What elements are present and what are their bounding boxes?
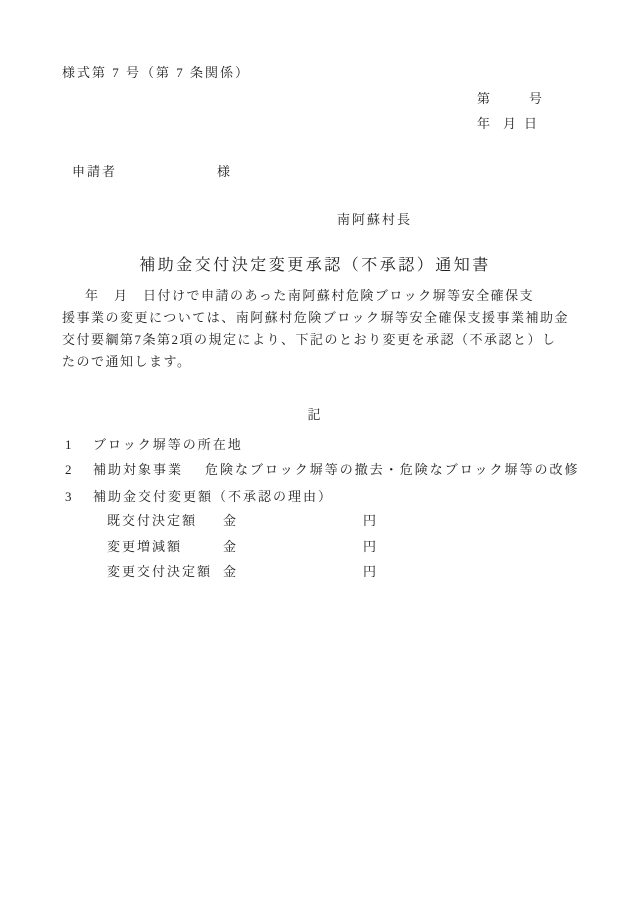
list-item-1: 1ブロック塀等の所在地	[65, 434, 243, 453]
amount-unit-label: 円	[363, 510, 378, 529]
amount-row-change-delta: 変更増減額 金 円	[107, 536, 427, 555]
document-page: 様式第 7 号（第 7 条関係） 第号 年月日 申請者 様 南阿蘇村長 補助金交…	[0, 0, 630, 903]
date-month-label: 月	[503, 116, 518, 131]
list-item-2: 2補助対象事業 危険なブロック塀等の撤去・危険なブロック塀等の改修	[65, 459, 183, 478]
date-line: 年月日	[477, 113, 539, 132]
amount-unit-label: 円	[363, 536, 378, 555]
amount-row-revised-grant: 変更交付決定額 金 円	[107, 561, 427, 580]
serial-suffix: 号	[529, 91, 544, 106]
amount-row-previous-grant: 既交付決定額 金 円	[107, 510, 427, 529]
item-1-label: ブロック塀等の所在地	[93, 437, 243, 452]
item-2-label: 補助対象事業	[93, 462, 183, 477]
body-line: 援事業の変更については、南阿蘇村危険ブロック塀等安全確保支援事業補助金	[62, 307, 574, 329]
section-marker: 記	[0, 404, 630, 423]
applicant-honorific: 様	[217, 161, 232, 180]
item-3-number: 3	[65, 489, 93, 505]
serial-prefix: 第	[477, 91, 492, 106]
item-2-value: 危険なブロック塀等の撤去・危険なブロック塀等の改修	[205, 459, 579, 478]
amount-row-label: 変更増減額	[107, 539, 182, 554]
item-2-number: 2	[65, 462, 93, 478]
amount-currency-label: 金	[223, 561, 238, 580]
amount-currency-label: 金	[223, 510, 238, 529]
date-day-label: 日	[524, 116, 539, 131]
addressee-line: 申請者 様	[72, 161, 117, 180]
list-item-3: 3補助金交付変更額（不承認の理由）	[65, 486, 333, 505]
amount-row-label: 変更交付決定額	[107, 564, 212, 579]
date-year-label: 年	[477, 116, 492, 131]
applicant-label: 申請者	[72, 164, 117, 179]
amount-unit-label: 円	[363, 561, 378, 580]
document-title: 補助金交付決定変更承認（不承認）通知書	[0, 252, 630, 275]
item-1-number: 1	[65, 437, 93, 453]
form-number: 様式第 7 号（第 7 条関係）	[62, 62, 250, 81]
body-paragraph: 年 月 日付けで申請のあった南阿蘇村危険ブロック塀等安全確保支 援事業の変更につ…	[62, 285, 574, 373]
amount-currency-label: 金	[223, 536, 238, 555]
body-line: 交付要綱第7条第2項の規定により、下記のとおり変更を承認（不承認と）し	[62, 329, 574, 351]
sender-name: 南阿蘇村長	[337, 209, 412, 228]
body-line: たので通知します。	[62, 351, 574, 373]
serial-number-line: 第号	[477, 88, 544, 107]
item-3-label: 補助金交付変更額（不承認の理由）	[93, 489, 333, 504]
amount-row-label: 既交付決定額	[107, 513, 197, 528]
body-line: 年 月 日付けで申請のあった南阿蘇村危険ブロック塀等安全確保支	[62, 285, 574, 307]
